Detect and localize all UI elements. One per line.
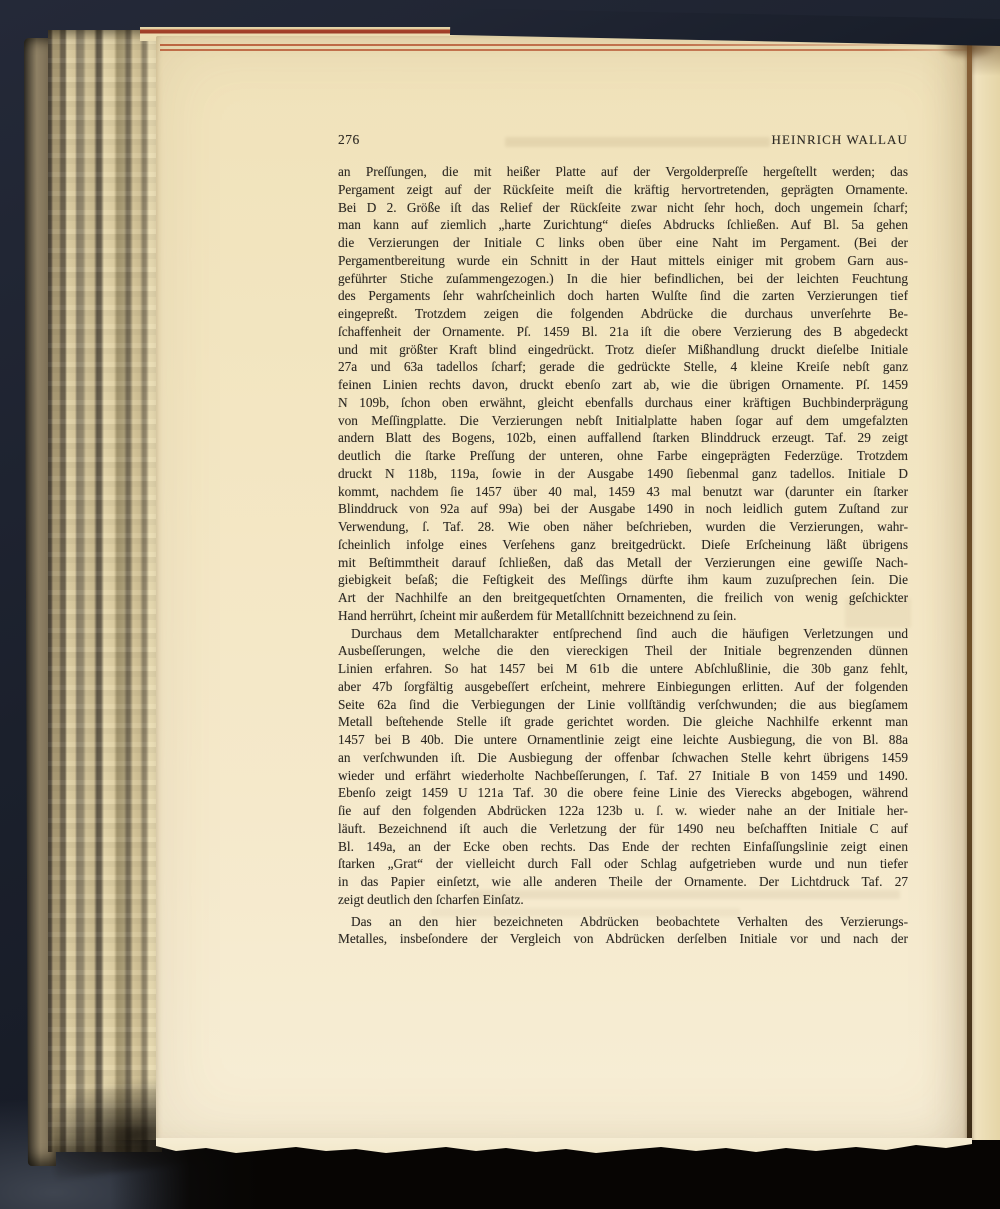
text-line: ſcheinlich infolge eines Verſehens ganz … (338, 536, 908, 554)
text-line: ſie auf den folgenden Abdrücken 122a 123… (338, 802, 908, 820)
text-line: andern Blatt des Bogens, 102b, einen auf… (338, 429, 908, 447)
text-line: von Meſſingplatte. Die Verzierungen nebſ… (338, 412, 908, 430)
facing-page-sliver (972, 40, 1000, 1152)
text-line: man kann auf ziemlich „harte Zurichtung“… (338, 216, 908, 234)
text-line: Pergament zeigt auf der Rückſeite meiſt … (338, 181, 908, 199)
text-line: 27a und 63a tadellos ſcharf; gerade die … (338, 358, 908, 376)
text-line: aber 47b ſorgfältig ausgebeſſert erſchei… (338, 678, 908, 696)
running-head: 276 HEINRICH WALLAU (338, 132, 908, 148)
page-number: 276 (338, 132, 360, 148)
page-text: an Preſſungen, die mit heißer Platte auf… (338, 163, 908, 948)
text-line: Art der Nachhilfe an den breitgequetſcht… (338, 589, 908, 607)
text-line: feinen Linien rechts davon, druckt ebenſ… (338, 376, 908, 394)
deckle-page-stack (48, 30, 162, 1152)
text-line: Durchaus dem Metallcharakter entſprechen… (338, 625, 908, 643)
text-line: des Pergaments ſehr wahrſcheinlich doch … (338, 287, 908, 305)
text-line: 1457 bei B 40b. Die untere Ornamentlinie… (338, 731, 908, 749)
text-line: Ausbeſſerungen, welche die den viereckig… (338, 642, 908, 660)
text-line: eingepreßt. Trotzdem zeigen die folgende… (338, 305, 908, 323)
text-line: Pergamentbereitung wurde ein Schnitt in … (338, 252, 908, 270)
text-line: läuft. Bezeichnend iſt auch die Verletzu… (338, 820, 908, 838)
text-line: geführter Stiche zuſammengezogen.) In di… (338, 270, 908, 288)
red-top-rule-upper (160, 44, 932, 46)
text-line: wieder und erfährt wiederholte Nachbeſſe… (338, 767, 908, 785)
text-line: Blinddruck von 92a auf 99a) bei der Ausg… (338, 500, 908, 518)
text-line: N 109b, ſchon oben erwähnt, gleicht eben… (338, 394, 908, 412)
text-line: zeigt deutlich den ſcharfen Einſatz. (338, 891, 908, 909)
text-line: Bl. 149a, an der Ecke oben rechts. Das E… (338, 838, 908, 856)
book-photo-scene: 276 HEINRICH WALLAU an Preſſungen, die m… (0, 0, 1000, 1209)
text-line: an verſchwunden iſt. Die Ausbiegung der … (338, 749, 908, 767)
text-line: deutlich die ſtarke Preſſung der unteren… (338, 447, 908, 465)
text-line: Linien erfahren. So hat 1457 bei M 61b d… (338, 660, 908, 678)
text-line: ſchaffenheit der Ornamente. Pſ. 1459 Bl.… (338, 323, 908, 341)
gutter-fold (967, 42, 972, 1152)
text-line: Hand herrührt, ſcheint mir außerdem für … (338, 607, 908, 625)
text-line: Bei D 2. Größe iſt das Relief der Rückſe… (338, 199, 908, 217)
paragraph: an Preſſungen, die mit heißer Platte auf… (338, 163, 908, 625)
text-line: Ebenſo zeigt 1459 U 121a Taf. 30 die obe… (338, 784, 908, 802)
text-line: in das Papier einſetzt, wie alle anderen… (338, 873, 908, 891)
text-line: kommt, nachdem ſie 1457 über 40 mal, 145… (338, 483, 908, 501)
text-line: Metalles, insbeſondere der Vergleich von… (338, 930, 908, 948)
text-line: giebigkeit beſaß; die Feſtigkeit des Meſ… (338, 571, 908, 589)
text-line: mit Beſtimmtheit darauf ſchließen, daß d… (338, 554, 908, 572)
text-line: ſtarken „Grat“ der vielleicht durch Fall… (338, 855, 908, 873)
text-line: druckt N 118b, 119a, ſowie in der Ausgab… (338, 465, 908, 483)
text-line: Verwendung, ſ. Taf. 28. Wie oben näher b… (338, 518, 908, 536)
paragraph: Durchaus dem Metallcharakter entſprechen… (338, 625, 908, 909)
text-line: die Verzierungen der Initiale C links ob… (338, 234, 908, 252)
red-top-rule-lower (160, 49, 982, 51)
paragraph: Das an den hier bezeichneten Abdrücken b… (338, 913, 908, 949)
text-line: an Preſſungen, die mit heißer Platte auf… (338, 163, 908, 181)
running-head-author: HEINRICH WALLAU (772, 132, 909, 148)
text-line: Seite 62a ſind die Verbiegungen der Lini… (338, 696, 908, 714)
text-line: und mit größter Kraft blind eingedrückt.… (338, 341, 908, 359)
text-line: Das an den hier bezeichneten Abdrücken b… (338, 913, 908, 931)
text-line: Metall beſtehende Stelle iſt grade geric… (338, 713, 908, 731)
